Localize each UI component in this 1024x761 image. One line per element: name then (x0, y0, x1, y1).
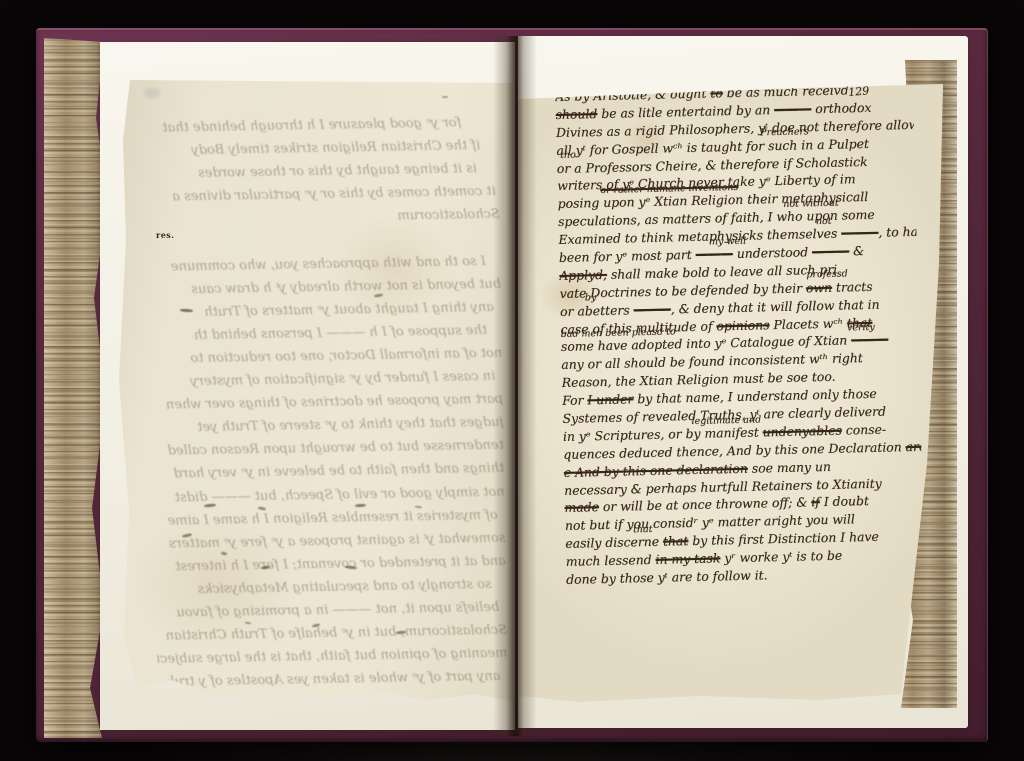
interlinear-insertion: legitimate and (691, 415, 761, 427)
interlinear-insertion: tho (560, 151, 576, 161)
ink-blotch (442, 96, 448, 98)
interlinear-insertion: that (633, 525, 653, 535)
interlinear-insertion: verity (847, 323, 875, 334)
bleedthrough-text: for yᵉ good pleasure I h through behinde… (130, 111, 508, 695)
bleedthrough-line (463, 226, 500, 250)
interlinear-insertion: not without (783, 198, 839, 209)
manuscript-page-right: 129 As by Aristotle, & ought to be as mu… (519, 84, 943, 706)
interlinear-insertion: my well (709, 236, 746, 247)
photo-background: for yᵉ good pleasure I h through behinde… (0, 0, 1024, 761)
manuscript-page-left: for yᵉ good pleasure I h through behinde… (116, 80, 513, 708)
bleedthrough-line: Scholasticorum (389, 203, 500, 228)
manuscript-text-lines: 129 As by Aristotle, & ought to be as mu… (555, 80, 924, 589)
book-cover: for yᵉ good pleasure I h through behinde… (36, 28, 988, 742)
interlinear-insertion: professd (806, 270, 848, 281)
interlinear-insertion: by (585, 293, 597, 303)
marginal-mark: res. (156, 230, 175, 240)
interlinear-insertion: not (816, 216, 832, 226)
interlinear-insertion: Preachers (760, 127, 809, 138)
bleedthrough-line: any part of yᵉ whole is taken yes Apostl… (169, 665, 501, 694)
faint-page-number-smudge (144, 88, 160, 98)
